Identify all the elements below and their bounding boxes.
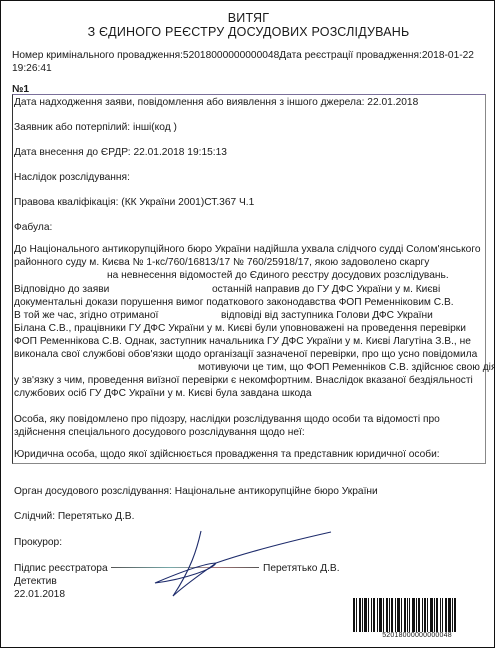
fabula-line: районного суду м. Києва № 1-кс/760/16813… <box>14 256 429 269</box>
fabula-line: Відповідно до заяви <box>14 283 109 296</box>
applicant: Заявник або потерпілий: інші(код ) <box>14 121 177 134</box>
barcode-icon <box>353 598 481 632</box>
fabula-line: До Національного антикорупційного бюро У… <box>14 243 481 256</box>
fabula-line: службових осіб ГУ ДФС України у м. Києві… <box>14 387 312 400</box>
handwritten-signature-icon <box>141 529 341 609</box>
fabula-line: В той же час, згідно отриманої <box>14 309 158 322</box>
legal-entity: Юридична особа, щодо якої здійснюється п… <box>14 448 440 461</box>
record-box: Дата надходження заяви, повідомлення або… <box>12 94 486 464</box>
case-registration-time: 19:26:41 <box>12 62 52 75</box>
investigation-outcome: Наслідок розслідування: <box>14 171 130 184</box>
document-page: ВИТЯГ З ЄДИНОГО РЕЄСТРУ ДОСУДОВИХ РОЗСЛІ… <box>0 0 495 648</box>
erdr-date: Дата внесення до ЄРДР: 22.01.2018 19:15:… <box>14 146 227 159</box>
fabula-line: ФОП Ременнікова С.В. Однак, заступник на… <box>14 335 471 348</box>
document-title: ВИТЯГ <box>1 11 495 25</box>
fabula-line: виконала свої службові обов'язки щодо ор… <box>14 348 477 361</box>
fabula-label: Фабула: <box>14 221 52 234</box>
legal-qualification: Правова кваліфікація: (КК України 2001)С… <box>14 196 254 209</box>
document-date: 22.01.2018 <box>14 588 65 601</box>
received-date: Дата надходження заяви, повідомлення або… <box>14 96 418 109</box>
fabula-line: у зв'язку з чим, проведення виїзної пере… <box>14 374 473 387</box>
fabula-line: документальні докази порушення вимог под… <box>14 296 454 309</box>
prosecutor: Прокурор: <box>14 536 62 549</box>
document-subtitle: З ЄДИНОГО РЕЄСТРУ ДОСУДОВИХ РОЗСЛІДУВАНЬ <box>1 25 495 39</box>
fabula-line: на невнесення відомостей до Єдиного реєс… <box>107 269 449 282</box>
case-number-line: Номер кримінального провадження:52018000… <box>12 49 474 62</box>
investigator: Слідчий: Перетятько Д.В. <box>14 510 134 523</box>
suspect-info-line: здійснення спеціального досудового розсл… <box>14 426 305 439</box>
suspect-info-line: Особа, яку повідомлено про підозру, насл… <box>14 413 440 426</box>
position: Детектив <box>14 575 57 588</box>
barcode-number: 52018000000000048 <box>353 632 481 639</box>
fabula-line: останній направив до ГУ ДФС України у м.… <box>212 283 440 296</box>
investigation-agency: Орган досудового розслідування: Націонал… <box>14 485 378 498</box>
fabula-line: відповіді від заступника Голови ДФС Укра… <box>221 309 433 322</box>
fabula-line: Білана С.В., працівники ГУ ДФС України у… <box>14 322 466 335</box>
signature-label: Підпис реєстратора <box>14 562 108 575</box>
fabula-line: мотивуючи це тим, що ФОП Ременніков С.В.… <box>198 361 495 374</box>
